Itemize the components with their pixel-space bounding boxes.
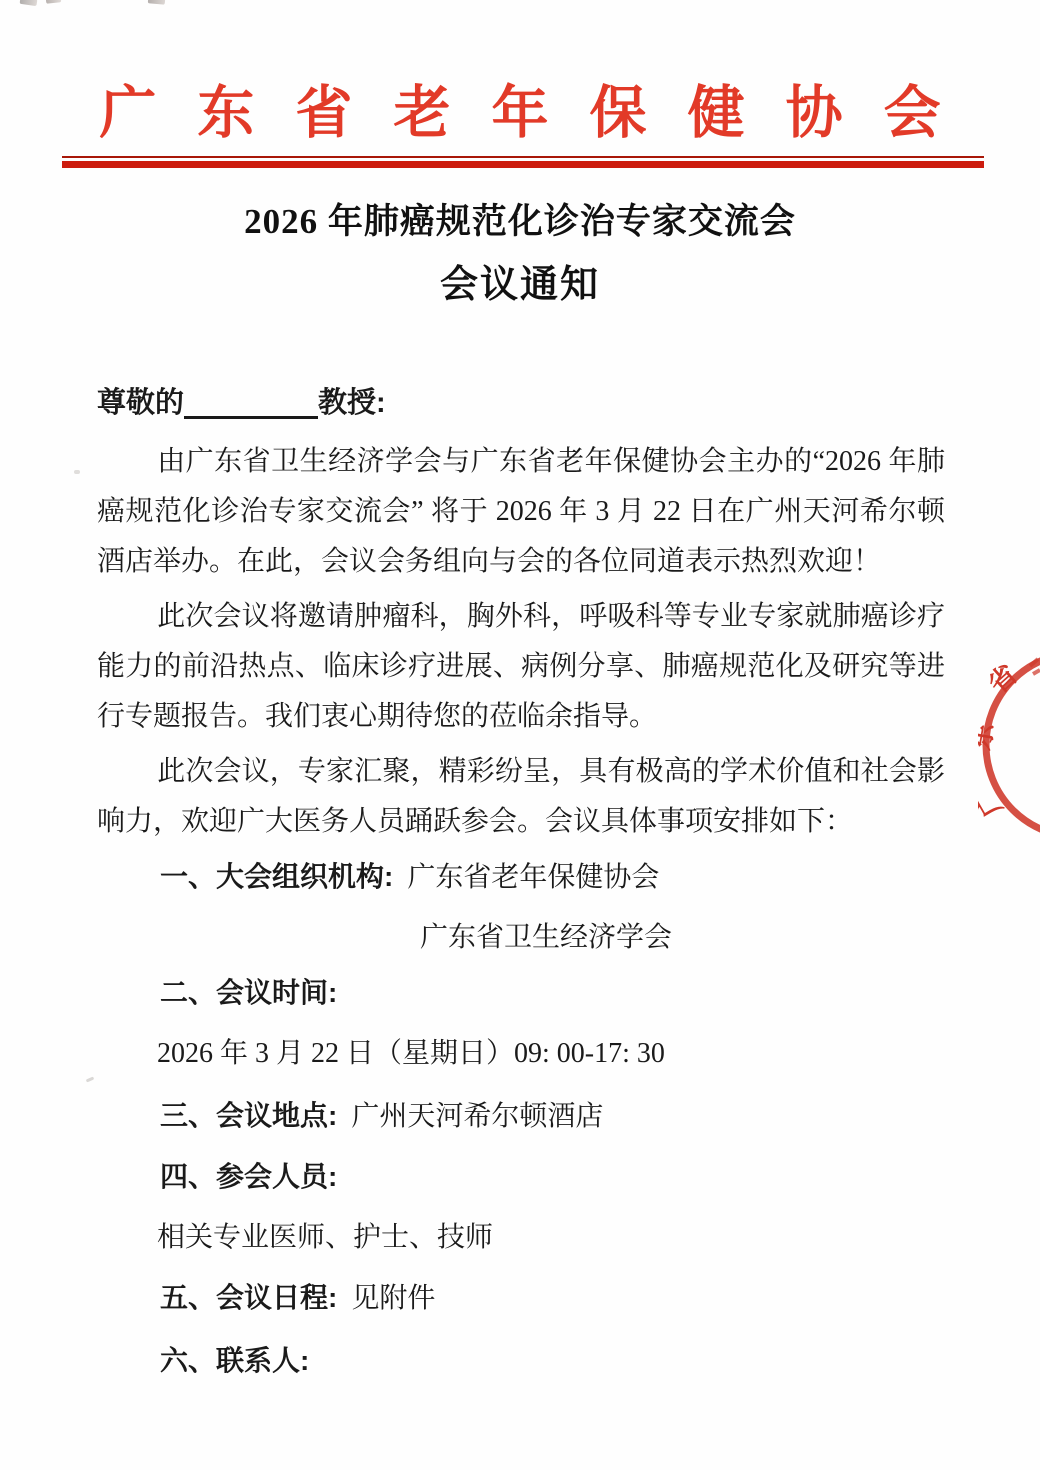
org-masthead: 广东省老年保健协会 (0, 0, 1040, 144)
seal-char: 省 (983, 659, 1023, 699)
section-attendees-label: 四、参会人员: (160, 1161, 337, 1192)
section-schedule-value: 见附件 (351, 1283, 435, 1314)
section-location: 三、会议地点:广州天河希尔顿酒店 (160, 1091, 945, 1142)
letterhead-rule-thick (62, 161, 984, 168)
section-organizers-value: 广东省老年保健协会 (407, 862, 659, 893)
section-time-label: 二、会议时间: (160, 977, 337, 1008)
section-time-detail: 2026 年 3 月 22 日（星期日）09: 00-17: 30 (157, 1029, 945, 1079)
seal-char: 东 (978, 721, 999, 753)
doc-subtitle: 会议通知 (0, 262, 1040, 308)
section-location-value: 广州天河希尔顿酒店 (351, 1101, 603, 1132)
paragraph-agenda: 此次会议将邀请肿瘤科，胸外科，呼吸科等专业专家就肺癌诊疗能力的前沿热点、临床诊疗… (97, 592, 945, 742)
section-contact-label: 六、联系人: (160, 1345, 309, 1376)
section-schedule: 五、会议日程:见附件 (160, 1273, 945, 1324)
section-contact: 六、联系人: (160, 1336, 945, 1387)
seal-char: 广 (978, 783, 1008, 821)
section-organizers: 一、大会组织机构:广东省老年保健协会 (160, 852, 945, 903)
section-location-label: 三、会议地点: (160, 1100, 337, 1131)
scanned-notice-page: 广东省老年保健协会 2026 年肺癌规范化诊治专家交流会 会议通知 尊敬的教授:… (0, 0, 1040, 1470)
doc-title: 2026 年肺癌规范化诊治专家交流会 (0, 200, 1040, 244)
letterhead: 广东省老年保健协会 (0, 0, 1040, 168)
greeting-prefix: 尊敬的 (97, 387, 184, 419)
section-attendees-detail: 相关专业医师、护士、技师 (157, 1213, 945, 1263)
official-seal: 广 东 省 (978, 640, 1040, 852)
section-time: 二、会议时间: (160, 968, 945, 1019)
greeting-line: 尊敬的教授: (97, 378, 945, 428)
section-organizers-value2: 广东省卫生经济学会 (420, 913, 945, 963)
section-attendees: 四、参会人员: (160, 1152, 945, 1203)
salutation-blank (184, 386, 318, 419)
paragraph-welcome: 此次会议，专家汇聚，精彩纷呈，具有极高的学术价值和社会影响力，欢迎广大医务人员踊… (97, 747, 945, 847)
scan-artifact (74, 470, 80, 474)
section-organizers-label: 一、大会组织机构: (160, 861, 393, 892)
section-schedule-label: 五、会议日程: (160, 1282, 337, 1313)
letterhead-rule (62, 156, 984, 168)
paragraph-intro: 由广东省卫生经济学会与广东省老年保健协会主办的“2026 年肺癌规范化诊治专家交… (97, 437, 945, 587)
greeting-suffix: 教授: (318, 387, 386, 419)
scan-artifact (86, 1077, 95, 1083)
notice-body: 尊敬的教授: 由广东省卫生经济学会与广东省老年保健协会主办的“2026 年肺癌规… (97, 378, 945, 1387)
